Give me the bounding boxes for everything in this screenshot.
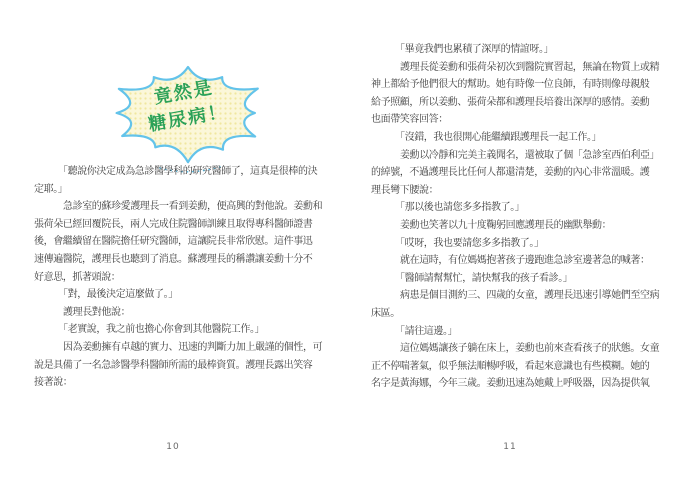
text-line: 「沒錯，我也很開心能繼續跟護理長一起工作。」 (371, 129, 655, 147)
right-page-text: 「畢竟我們也累積了深厚的情誼呀。」護理長從姜勳和張荷朵初次到醫院實習起，無論在物… (371, 41, 655, 393)
text-line: 名字是黃海娜，今年三歲。姜勳迅速為她戴上呼吸器，因為提供氧 (371, 375, 655, 393)
text-line: 定耶。」 (34, 181, 318, 199)
text-line: 護理長從姜勳和張荷朵初次到醫院實習起，無論在物質上或精 (371, 59, 655, 77)
text-line: 「畢竟我們也累積了深厚的情誼呀。」 (371, 41, 655, 59)
text-line: 「那以後也請您多多指教了。」 (371, 199, 655, 217)
text-line: 床區。 (371, 305, 655, 323)
text-line: 正不停喘著氣，似乎無法順暢呼吸，看起來意識也有些模糊。她的 (371, 358, 655, 376)
page-number-left: 10 (153, 442, 193, 452)
text-line: 說是具備了一名急診醫學科醫師所需的最棒資質。護理長露出笑容 (34, 357, 318, 375)
text-line: 「聽說你決定成為急診醫學科的研究醫師了，這真是很棒的決 (34, 163, 318, 181)
text-line: 好意思，抓著頭說： (34, 269, 318, 287)
text-line: 「哎呀，我也要請您多多指教了。」 (371, 235, 655, 253)
left-page-text: 「聽說你決定成為急診醫學科的研究醫師了，這真是很棒的決定耶。」急診室的蘇珍愛護理… (34, 163, 318, 392)
text-line: 「請往這邊。」 (371, 323, 655, 341)
text-line: 就在這時，有位媽媽抱著孩子邊跑進急診室邊著急的喊著： (371, 252, 655, 270)
text-line: 這位媽媽讓孩子躺在床上，姜勳也前來查看孩子的狀態。女童 (371, 340, 655, 358)
text-line: 給予照顧，所以姜勳、張荷朵都和護理長培養出深厚的感情。姜勳 (371, 94, 655, 112)
text-line: 急診室的蘇珍愛護理長一看到姜勳，便高興的對他說。姜勳和 (34, 198, 318, 216)
text-line: 張荷朵已經回覆院長，兩人完成住院醫師訓練且取得專科醫師證書 (34, 216, 318, 234)
text-line: 接著說： (34, 374, 318, 392)
text-line: 「老實說，我之前也擔心你會到其他醫院工作。」 (34, 321, 318, 339)
text-line: 姜勳也笑著以九十度鞠躬回應護理長的幽默舉動： (371, 217, 655, 235)
text-line: 速傳遍醫院，護理長也聽到了消息。蘇護理長的稱讚讓姜勳十分不 (34, 251, 318, 269)
text-line: 「對，最後決定這麼做了。」 (34, 286, 318, 304)
text-line: 姜勳以冷靜和完美主義聞名，還被取了個「急診室西伯利亞」 (371, 147, 655, 165)
page-number-right: 11 (490, 442, 530, 452)
text-line: 病患是個目測約三、四歲的女童，護理長迅速引導她們至空病 (371, 287, 655, 305)
text-line: 後，會繼續留在醫院擔任研究醫師，這讓院長非常欣慰。這件事迅 (34, 233, 318, 251)
text-line: 的綽號，不過護理長比任何人都還清楚，姜勳的內心非常溫暖。護 (371, 164, 655, 182)
splash-badge: 竟然是 糖尿病！ (98, 56, 278, 178)
text-line: 因為姜勳擁有卓越的實力、迅速的判斷力加上嚴謹的個性，可 (34, 339, 318, 357)
text-line: 理長彎下腰說： (371, 182, 655, 200)
text-line: 護理長對他說： (34, 304, 318, 322)
text-line: 也面帶笑容回答： (371, 111, 655, 129)
text-line: 神上都給予他們很大的幫助。她有時像一位良師，有時則像母親般 (371, 76, 655, 94)
text-line: 「醫師請幫幫忙，請快幫我的孩子看診。」 (371, 270, 655, 288)
book-spread: 竟然是 糖尿病！ 「聽說你決定成為急診醫學科的研究醫師了，這真是很棒的決定耶。」… (0, 0, 680, 482)
